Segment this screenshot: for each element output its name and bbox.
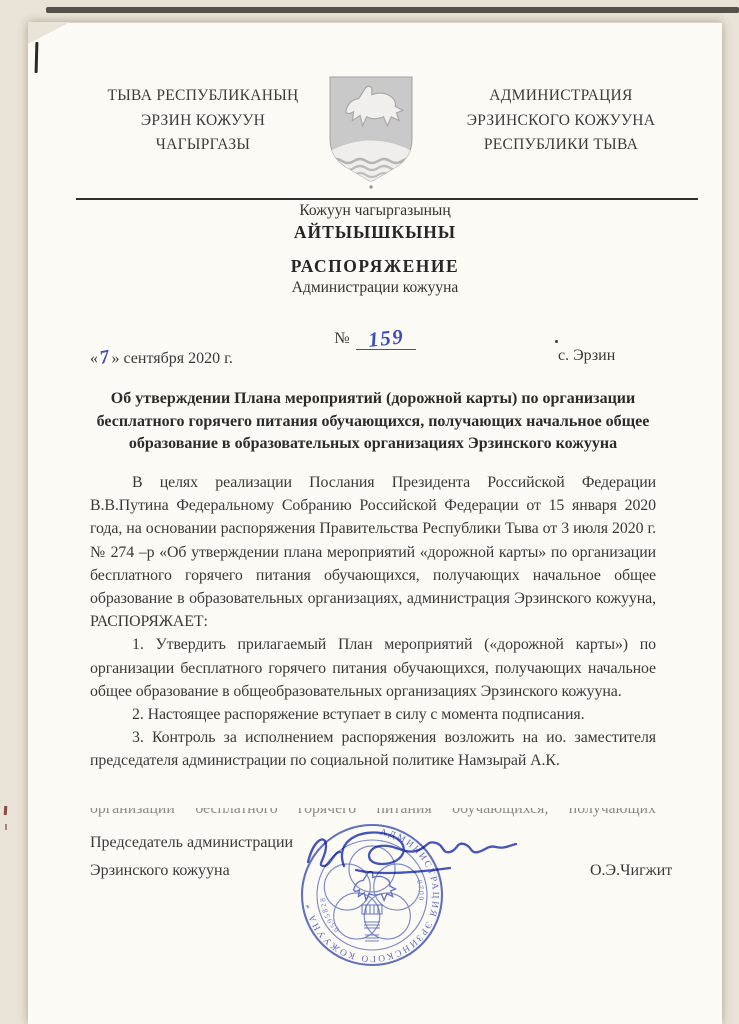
paper-sheet: ТЫВА РЕСПУБЛИКАНЫҢ ЭРЗИН КОЖУУН ЧАГЫРГАЗ… — [28, 22, 722, 1024]
document-date: «7» сентября 2020 г. — [90, 347, 233, 369]
scanner-edge-line — [46, 7, 739, 13]
document-body: В целях реализации Послания Президента Р… — [90, 471, 656, 773]
letterhead-tuvan-line: ЧАГЫРГАЗЫ — [83, 133, 323, 158]
number-underline: 159 — [356, 324, 416, 350]
handwritten-day: 7 — [98, 346, 112, 369]
edge-red-mark — [5, 824, 7, 830]
letterhead-russian: АДМИНИСТРАЦИЯ ЭРЗИНСКОГО КОЖУУНА РЕСПУБЛ… — [446, 84, 676, 158]
document-type-heading: Кожуун чагыргазының АЙТЫЫШКЫНЫ РАСПОРЯЖЕ… — [28, 202, 722, 297]
edge-red-mark — [4, 806, 8, 815]
order-item-3: 3. Контроль за исполнением распоряжения … — [90, 726, 656, 772]
number-label: № — [334, 330, 349, 347]
subject-line: Об утверждении Плана мероприятий (дорожн… — [90, 388, 656, 411]
letterhead-tuvan-line: ЭРЗИН КОЖУУН — [83, 109, 323, 134]
signer-post-line-2: Эрзинского кожууна — [90, 862, 230, 880]
handwritten-number: 159 — [367, 324, 405, 353]
preamble-paragraph: В целях реализации Послания Президента Р… — [90, 471, 656, 633]
date-open-quote: « — [90, 350, 98, 367]
subject-line: бесплатного горячего питания обучающихся… — [90, 411, 656, 434]
paper-corner-fold — [28, 22, 70, 44]
signature-scribble — [296, 816, 524, 891]
heading-tuvan-title: АЙТЫЫШКЫНЫ — [28, 222, 722, 243]
heading-russian-subtitle: Администрации кожууна — [28, 279, 722, 297]
order-item-2: 2. Настоящее распоряжение вступает в сил… — [90, 703, 656, 726]
heading-russian-title: РАСПОРЯЖЕНИЕ — [28, 256, 722, 277]
scanned-document-page: { "scan": { "background_color": "#e9e4d7… — [0, 0, 739, 1024]
letterhead-tuvan: ТЫВА РЕСПУБЛИКАНЫҢ ЭРЗИН КОЖУУН ЧАГЫРГАЗ… — [83, 84, 323, 158]
order-item-1: 1. Утвердить прилагаемый План мероприяти… — [90, 633, 656, 703]
signer-name: О.Э.Чигжит — [590, 862, 672, 880]
letterhead-tuvan-line: ТЫВА РЕСПУБЛИКАНЫҢ — [83, 84, 323, 109]
letterhead-russian-line: РЕСПУБЛИКИ ТЫВА — [446, 133, 676, 158]
ink-dot-artifact — [555, 340, 558, 343]
letterhead-russian-line: ЭРЗИНСКОГО КОЖУУНА — [446, 109, 676, 134]
subject-title: Об утверждении Плана мероприятий (дорожн… — [90, 388, 656, 456]
subject-line: образование в образовательных организаци… — [90, 433, 656, 456]
signer-post-line-1: Председатель администрации — [90, 834, 293, 852]
date-tail: » сентября 2020 г. — [112, 350, 233, 367]
letterhead-divider-rule — [76, 198, 698, 200]
heading-tuvan-line: Кожуун чагыргазының — [28, 202, 722, 220]
document-place: с. Эрзин — [558, 347, 615, 365]
pen-mark-artifact — [35, 42, 38, 73]
letterhead-russian-line: АДМИНИСТРАЦИЯ — [446, 84, 676, 109]
coat-of-arms-icon — [324, 74, 418, 199]
